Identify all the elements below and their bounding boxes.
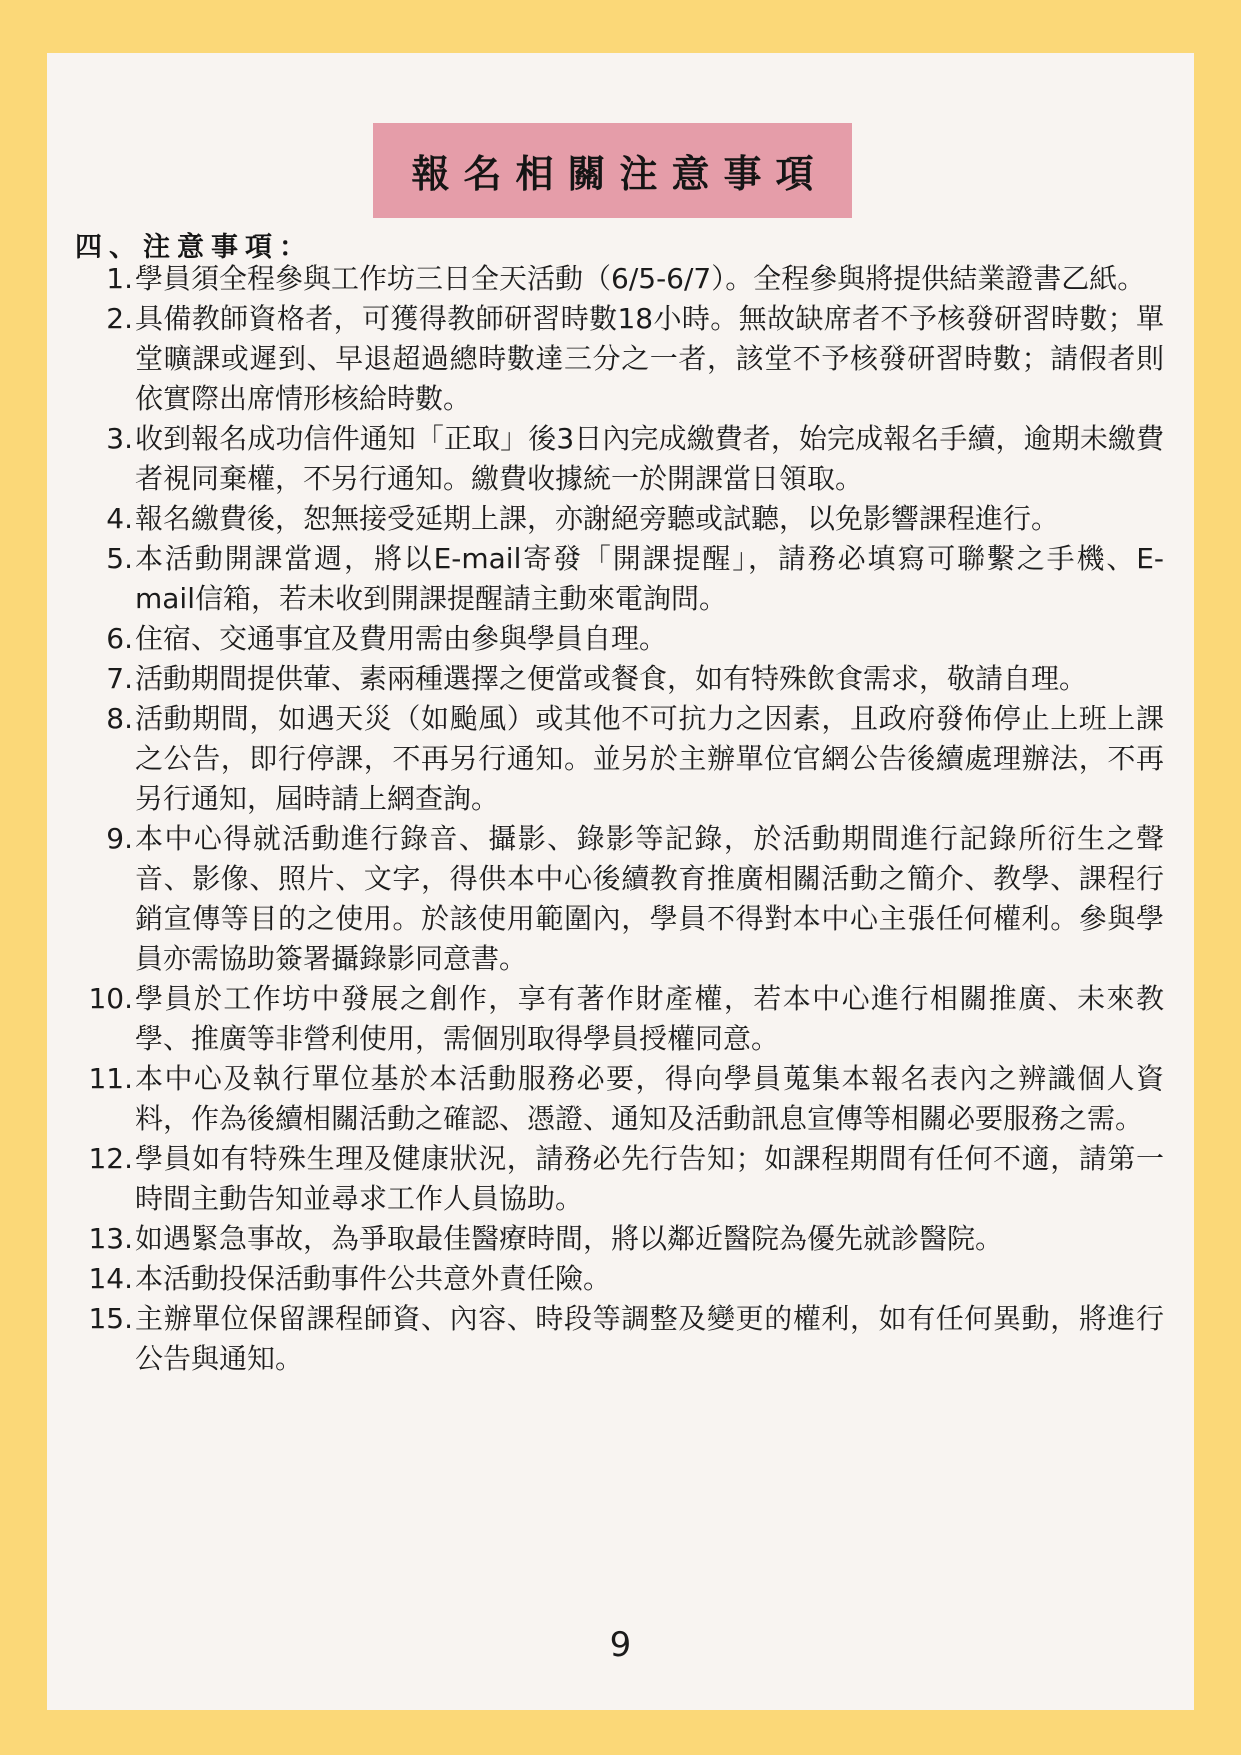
item-number: 9.: [47, 819, 133, 859]
item-number: 13.: [47, 1219, 133, 1259]
item-text: 本中心得就活動進行錄音、攝影、錄影等記錄，於活動期間進行記錄所衍生之聲音、影像、…: [135, 819, 1164, 979]
item-text: 學員如有特殊生理及健康狀況，請務必先行告知；如課程期間有任何不適，請第一時間主動…: [135, 1139, 1164, 1219]
list-item: 12.學員如有特殊生理及健康狀況，請務必先行告知；如課程期間有任何不適，請第一時…: [47, 1139, 1164, 1219]
item-text: 本活動開課當週，將以E-mail寄發「開課提醒」，請務必填寫可聯繫之手機、E-m…: [135, 539, 1164, 619]
item-text: 具備教師資格者，可獲得教師研習時數18小時。無故缺席者不予核發研習時數；單堂曠課…: [135, 299, 1164, 419]
item-number: 5.: [47, 539, 133, 579]
list-item: 6.住宿、交通事宜及費用需由參與學員自理。: [47, 619, 1164, 659]
item-number: 3.: [47, 419, 133, 459]
list-item: 7.活動期間提供葷、素兩種選擇之便當或餐食，如有特殊飲食需求，敬請自理。: [47, 659, 1164, 699]
title-banner: 報名相關注意事項: [373, 123, 852, 218]
document-page: 報名相關注意事項 四、注意事項： 1.學員須全程參與工作坊三日全天活動（6/5-…: [47, 53, 1194, 1710]
item-number: 2.: [47, 299, 133, 339]
list-item: 15.主辦單位保留課程師資、內容、時段等調整及變更的權利，如有任何異動，將進行公…: [47, 1299, 1164, 1379]
item-number: 8.: [47, 699, 133, 739]
item-number: 1.: [47, 259, 133, 299]
item-number: 12.: [47, 1139, 133, 1179]
item-number: 15.: [47, 1299, 133, 1339]
list-item: 9.本中心得就活動進行錄音、攝影、錄影等記錄，於活動期間進行記錄所衍生之聲音、影…: [47, 819, 1164, 979]
item-text: 活動期間，如遇天災（如颱風）或其他不可抗力之因素，且政府發佈停止上班上課之公告，…: [135, 699, 1164, 819]
list-item: 8.活動期間，如遇天災（如颱風）或其他不可抗力之因素，且政府發佈停止上班上課之公…: [47, 699, 1164, 819]
list-item: 13.如遇緊急事故，為爭取最佳醫療時間，將以鄰近醫院為優先就診醫院。: [47, 1219, 1164, 1259]
list-item: 14.本活動投保活動事件公共意外責任險。: [47, 1259, 1164, 1299]
list-item: 10.學員於工作坊中發展之創作，享有著作財產權，若本中心進行相關推廣、未來教學、…: [47, 979, 1164, 1059]
item-text: 本中心及執行單位基於本活動服務必要，得向學員蒐集本報名表內之辨識個人資料，作為後…: [135, 1059, 1164, 1139]
item-number: 7.: [47, 659, 133, 699]
page-title: 報名相關注意事項: [411, 143, 827, 198]
item-text: 活動期間提供葷、素兩種選擇之便當或餐食，如有特殊飲食需求，敬請自理。: [135, 659, 1164, 699]
item-number: 11.: [47, 1059, 133, 1099]
page-number: 9: [47, 1625, 1194, 1665]
notice-list: 1.學員須全程參與工作坊三日全天活動（6/5-6/7）。全程參與將提供結業證書乙…: [47, 259, 1194, 1379]
list-item: 3.收到報名成功信件通知「正取」後3日內完成繳費者，始完成報名手續，逾期未繳費者…: [47, 419, 1164, 499]
item-text: 本活動投保活動事件公共意外責任險。: [135, 1259, 1164, 1299]
item-text: 主辦單位保留課程師資、內容、時段等調整及變更的權利，如有任何異動，將進行公告與通…: [135, 1299, 1164, 1379]
document-background: { "banner": { "title": "報名相關注意事項" }, "se…: [0, 0, 1241, 1755]
item-number: 14.: [47, 1259, 133, 1299]
list-item: 2.具備教師資格者，可獲得教師研習時數18小時。無故缺席者不予核發研習時數；單堂…: [47, 299, 1164, 419]
item-number: 6.: [47, 619, 133, 659]
item-number: 4.: [47, 499, 133, 539]
list-item: 4.報名繳費後，恕無接受延期上課，亦謝絕旁聽或試聽，以免影響課程進行。: [47, 499, 1164, 539]
item-text: 住宿、交通事宜及費用需由參與學員自理。: [135, 619, 1164, 659]
list-item: 11.本中心及執行單位基於本活動服務必要，得向學員蒐集本報名表內之辨識個人資料，…: [47, 1059, 1164, 1139]
item-text: 報名繳費後，恕無接受延期上課，亦謝絕旁聽或試聽，以免影響課程進行。: [135, 499, 1164, 539]
item-number: 10.: [47, 979, 133, 1019]
item-text: 學員於工作坊中發展之創作，享有著作財產權，若本中心進行相關推廣、未來教學、推廣等…: [135, 979, 1164, 1059]
item-text: 如遇緊急事故，為爭取最佳醫療時間，將以鄰近醫院為優先就診醫院。: [135, 1219, 1164, 1259]
item-text: 收到報名成功信件通知「正取」後3日內完成繳費者，始完成報名手續，逾期未繳費者視同…: [135, 419, 1164, 499]
list-item: 5.本活動開課當週，將以E-mail寄發「開課提醒」，請務必填寫可聯繫之手機、E…: [47, 539, 1164, 619]
list-item: 1.學員須全程參與工作坊三日全天活動（6/5-6/7）。全程參與將提供結業證書乙…: [47, 259, 1164, 299]
item-text: 學員須全程參與工作坊三日全天活動（6/5-6/7）。全程參與將提供結業證書乙紙。: [135, 259, 1164, 299]
